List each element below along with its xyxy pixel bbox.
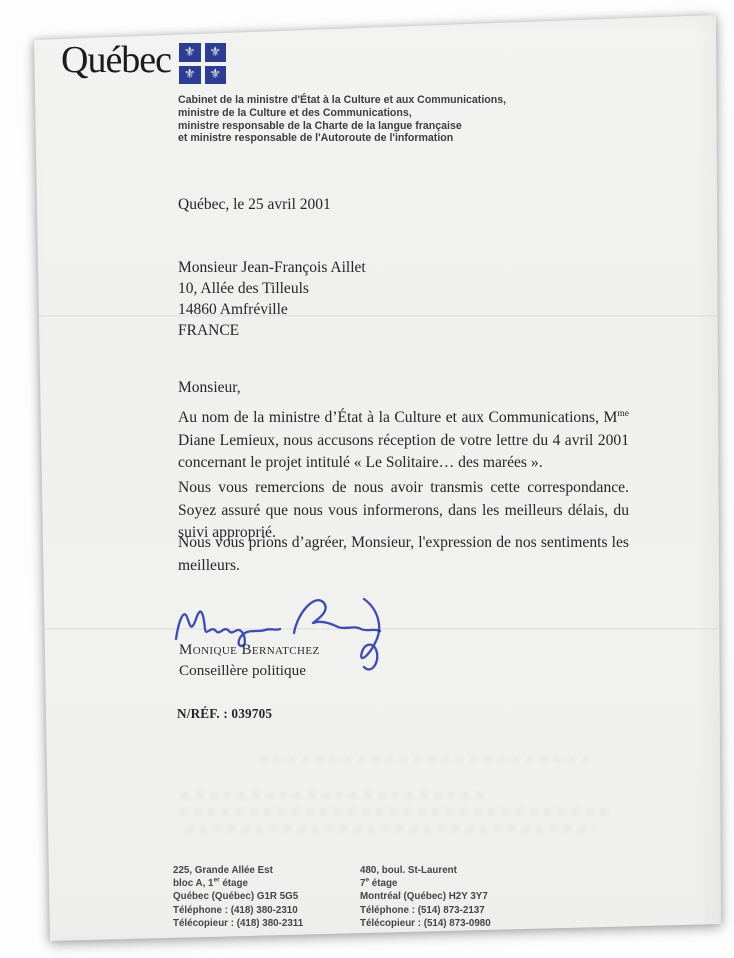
- office-floor: bloc A, 1er étage: [173, 877, 303, 890]
- recipient-city: 14860 Amfréville: [178, 299, 366, 320]
- ministry-title-line: ministre responsable de la Charte de la …: [178, 120, 506, 133]
- reference-number: N/RÉF. : 039705: [177, 706, 272, 722]
- office-floor-text: étage: [220, 878, 248, 889]
- footer-office-montreal: 480, boul. St-Laurent 7e étage Montréal …: [360, 864, 491, 930]
- superscript-me: me: [617, 409, 629, 419]
- fleur-de-lis-icon: ⚜: [179, 43, 201, 62]
- signer-title: Conseillère politique: [179, 662, 306, 680]
- recipient-name: Monsieur Jean-François Aillet: [178, 257, 366, 278]
- office-phone: Téléphone : (418) 380-2310: [173, 904, 303, 917]
- fleur-de-lis-icon: ⚜: [179, 66, 201, 85]
- office-street: 480, boul. St-Laurent: [360, 864, 491, 877]
- signer-name: Monique Bernatchez: [179, 642, 320, 659]
- body-paragraph-1: Au nom de la ministre d’État à la Cultur…: [178, 407, 629, 475]
- footer-office-quebec: 225, Grande Allée Est bloc A, 1er étage …: [173, 864, 303, 930]
- office-floor: 7e étage: [360, 877, 491, 890]
- ministry-titles: Cabinet de la ministre d'État à la Cultu…: [178, 94, 506, 145]
- quebec-flag-icon: ⚜ ⚜ ⚜ ⚜: [179, 43, 226, 84]
- recipient-street: 10, Allée des Tilleuls: [178, 278, 366, 299]
- fleur-de-lis-icon: ⚜: [205, 43, 227, 62]
- fleur-de-lis-icon: ⚜: [205, 66, 227, 85]
- office-fax: Télécopieur : (418) 380-2311: [173, 917, 303, 930]
- office-floor-text: étage: [369, 878, 397, 889]
- bleed-through-marks: [186, 826, 596, 832]
- paragraph-text: Diane Lemieux, nous accusons réception d…: [178, 432, 629, 472]
- ministry-title-line: ministre de la Culture et des Communicat…: [178, 107, 506, 120]
- paragraph-text: Au nom de la ministre d’État à la Cultur…: [178, 409, 617, 426]
- office-fax: Télécopieur : (514) 873-0980: [360, 917, 491, 930]
- paper-sheet: Québec ⚜ ⚜ ⚜ ⚜ Cabinet de la ministre d'…: [0, 0, 734, 958]
- office-street: 225, Grande Allée Est: [173, 864, 303, 877]
- recipient-country: FRANCE: [178, 320, 366, 341]
- scanned-letter-page: Québec ⚜ ⚜ ⚜ ⚜ Cabinet de la ministre d'…: [0, 0, 734, 958]
- dateline: Québec, le 25 avril 2001: [178, 196, 331, 214]
- office-city: Montréal (Québec) H2Y 3Y7: [360, 890, 491, 903]
- ministry-title-line: Cabinet de la ministre d'État à la Cultu…: [178, 94, 506, 107]
- office-phone: Téléphone : (514) 873-2137: [360, 904, 491, 917]
- body-paragraph-3: Nous vous prions d’agréer, Monsieur, l'e…: [178, 532, 629, 577]
- signature-stroke: [294, 600, 380, 633]
- office-city: Québec (Québec) G1R 5G5: [173, 890, 303, 903]
- signature-stroke: [176, 612, 280, 646]
- recipient-address-block: Monsieur Jean-François Aillet 10, Allée …: [178, 257, 366, 341]
- signature-stroke: [361, 599, 379, 669]
- salutation: Monsieur,: [178, 379, 241, 397]
- ministry-title-line: et ministre responsable de l'Autoroute d…: [178, 132, 506, 145]
- fold-crease-top: [36, 314, 718, 317]
- quebec-wordmark: Québec: [61, 38, 171, 82]
- bleed-through-marks: [180, 808, 610, 815]
- bleed-through-marks: [260, 756, 590, 762]
- bleed-through-marks: [182, 792, 482, 798]
- paper-sheet-shadow: Québec ⚜ ⚜ ⚜ ⚜ Cabinet de la ministre d'…: [0, 0, 734, 958]
- office-floor-text: bloc A, 1: [173, 878, 213, 889]
